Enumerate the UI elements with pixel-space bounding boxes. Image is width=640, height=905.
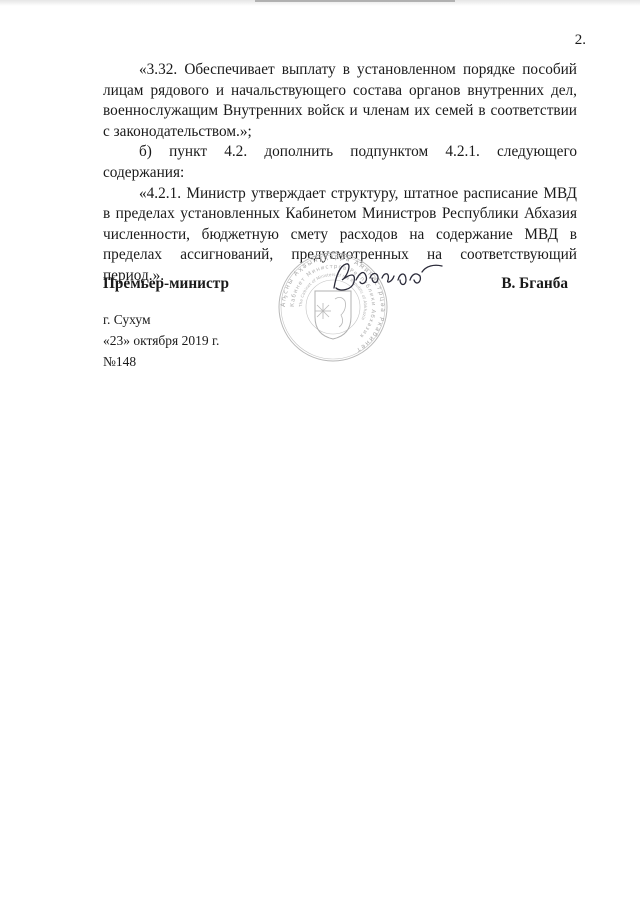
signatory-title: Премьер-министр [103, 275, 229, 293]
page-number: 2. [575, 32, 586, 49]
signatory-name: В. Бганба [501, 275, 568, 293]
scan-edge-shadow [255, 0, 455, 2]
issue-city: г. Сухум [103, 312, 151, 328]
issue-date: «23» октября 2019 г. [103, 333, 219, 349]
document-number: №148 [103, 354, 136, 370]
signature-block: Премьер-министр В. Бганба [103, 275, 577, 299]
paragraph-3-32: «3.32. Обеспечивает выплату в установлен… [103, 60, 577, 142]
paragraph-b: б) пункт 4.2. дополнить подпунктом 4.2.1… [103, 142, 577, 183]
